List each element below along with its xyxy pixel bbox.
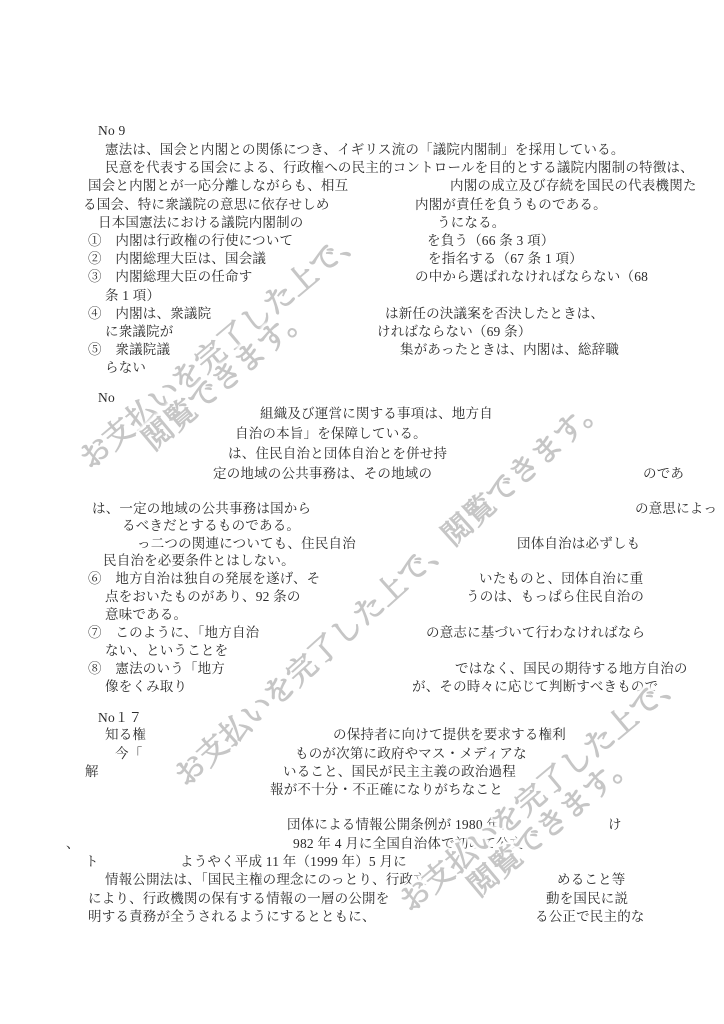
watermark-layer: お支払いを完了した上で、閲覧できます。お支払いを完了した上で、閲覧できます。お支… <box>0 0 724 1024</box>
payment-watermark: お支払いを完了した上で、閲覧できます。 <box>395 664 710 943</box>
watermark-text: 閲覧できます。 <box>138 241 387 456</box>
watermark-text: 閲覧できます。 <box>463 688 710 902</box>
payment-watermark: お支払いを完了した上で、閲覧できます。 <box>75 221 386 495</box>
payment-watermark: お支払いを完了した上で、閲覧できます。 <box>170 391 611 793</box>
watermark-text: お支払いを完了した上で、 <box>395 664 690 918</box>
document-page: No 9憲法は、国会と内閣との関係につき、イギリス流の「議院内閣制」を採用してい… <box>0 0 724 1024</box>
watermark-text: お支払いを完了した上で、閲覧できます。 <box>170 391 611 793</box>
watermark-text: お支払いを完了した上で、 <box>75 221 370 475</box>
